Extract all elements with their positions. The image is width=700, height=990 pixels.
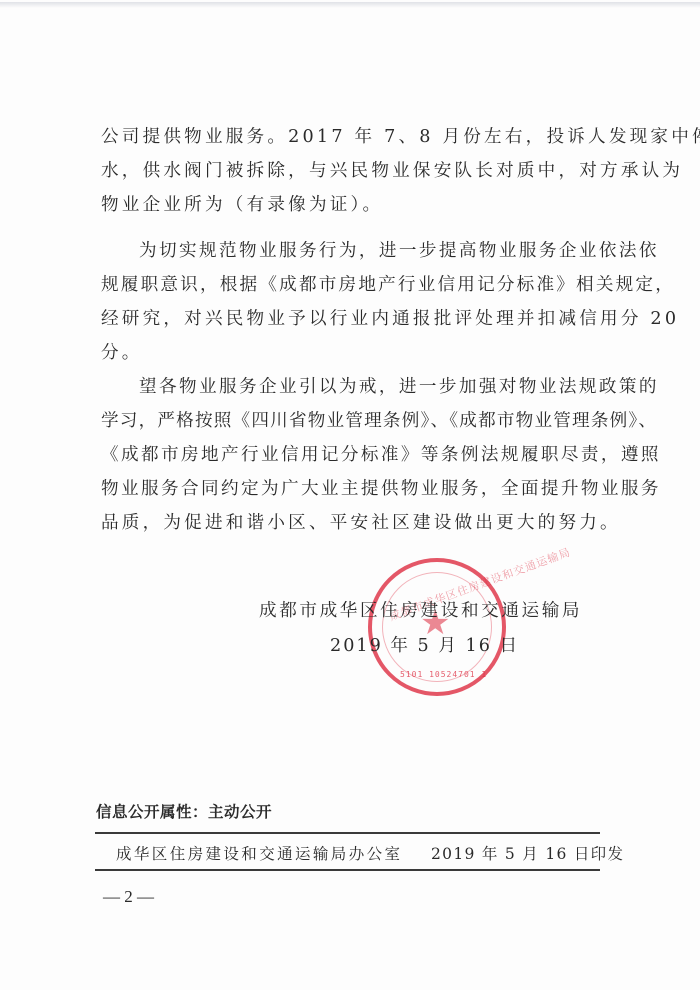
- body-line: 为切实规范物业服务行为，进一步提高物业服务企业依法依: [99, 236, 659, 266]
- page-number: — 2 —: [103, 887, 154, 907]
- issuing-office: 成华区住房建设和交通运输局办公室: [116, 842, 402, 864]
- body-line: 物业企业所为（有录像为证）。: [101, 190, 383, 220]
- footer-divider-top: [95, 832, 600, 834]
- body-line: 公司提供物业服务。2017 年 7、8 月份左右，投诉人发现家中停: [101, 122, 700, 152]
- scan-edge: [0, 2, 700, 8]
- body-line: 分。: [101, 338, 143, 368]
- body-line: 《成都市房地产行业信用记分标准》等条例法规履职尽责，遵照: [101, 440, 661, 470]
- body-line: 水，供水阀门被拆除，与兴民物业保安队长对质中，对方承认为: [101, 156, 683, 186]
- disclosure-attribute: 信息公开属性：主动公开: [96, 800, 272, 822]
- body-line: 学习，严格按照《四川省物业管理条例》、《成都市物业管理条例》、: [101, 406, 657, 436]
- body-line: 经研究，对兴民物业予以行业内通报批评处理并扣减信用分 20: [101, 304, 679, 334]
- signing-date: 2019 年 5 月 16 日: [330, 632, 519, 657]
- official-seal-stamp: ★ 成都市成华区住房建设和交通运输局 5101 10524701 1: [368, 558, 506, 696]
- body-line: 规履职意识，根据《成都市房地产行业信用记分标准》相关规定，: [101, 270, 675, 300]
- footer-divider-bottom: [95, 869, 600, 871]
- document-page: 公司提供物业服务。2017 年 7、8 月份左右，投诉人发现家中停 水，供水阀门…: [0, 0, 700, 990]
- seal-code: 5101 10524701 1: [400, 670, 487, 679]
- signing-organization: 成都市成华区住房建设和交通运输局: [259, 597, 582, 622]
- body-line: 望各物业服务企业引以为戒，进一步加强对物业法规政策的: [99, 372, 659, 402]
- body-line: 物业服务合同约定为广大业主提供物业服务，全面提升物业服务: [101, 474, 661, 504]
- body-line: 品质，为促进和谐小区、平安社区建设做出更大的努力。: [101, 508, 621, 538]
- issue-date: 2019 年 5 月 16 日印发: [431, 842, 624, 864]
